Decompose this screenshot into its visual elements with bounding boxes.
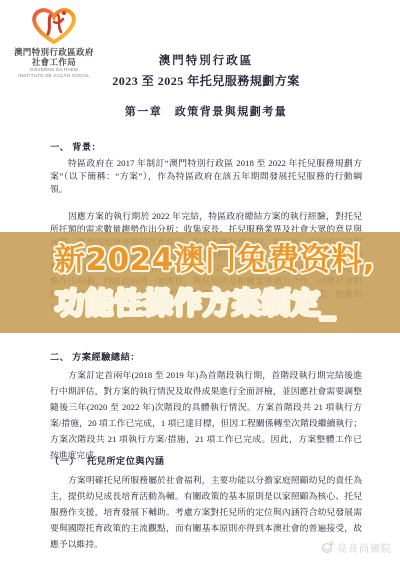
paragraph-3: 方案訂定首兩年(2018 至 2019 年)為首階段執行期，首階段執行期完結後進…	[50, 367, 362, 463]
paragraph-line: 案”（以下簡稱：“方案”），作為特區政府在該五年期間發展托兒服務的行動綱	[50, 170, 362, 183]
document-title-line1: 澳門特別行政區	[50, 52, 362, 68]
paragraph-line: 案/措施，20 項工作已完成，1 項已達目標，但因工程關係轉至次階段繼續執行；	[50, 415, 362, 431]
paragraph-line: 要與國際托育政策的主流觀點，而有關基本原則亦得到本澳社會的普遍接受，故	[50, 520, 362, 536]
heart-logo-icon	[28, 6, 80, 46]
watermark-text-line2: 功能性操作方案制定_	[55, 281, 336, 322]
paragraph-line: 因應方案的執行期於 2022 年完結，特區政府總結方案的執行經驗，對托兒	[50, 210, 362, 223]
watermark-handle-text: 亮音尚颁院	[337, 540, 392, 555]
paragraph-line: 特區政府在 2017 年制訂“澳門特別行政區 2018 至 2022 年托兒服務…	[50, 157, 362, 170]
paragraph-1: 特區政府在 2017 年制訂“澳門特別行政區 2018 至 2022 年托兒服務…	[50, 157, 362, 196]
paragraph-line: 方案次階段共 21 項執行方案/措施，21 項工作已完成。因此，方案整體工作已	[50, 431, 362, 447]
paragraph-line: 方案訂定首兩年(2018 至 2019 年)為首階段執行期，首階段執行期完結後進	[50, 367, 362, 383]
paragraph-4: 方案明確托兒所服務屬於社會福利，主要功能以分擔家庭照顧幼兒的責任為 主，提供幼兒…	[50, 472, 362, 552]
document-page: 澳門特別行政區政府 社會工作局 GOVERNO DA RAEM INSTITUT…	[0, 0, 400, 561]
document-title-line2: 2023 至 2025 年托兒服務規劃方案	[50, 72, 362, 89]
paragraph-line: 應予以維持。	[50, 536, 362, 552]
chapter-heading: 第一章 政策背景與規劃考量	[50, 103, 362, 119]
paragraph-line: 主，提供幼兒成長培育活動為輔。有關政策的基本原則是以家照顧為核心、托兒	[50, 488, 362, 504]
paragraph-line: 方案明確托兒所服務屬於社會福利，主要功能以分擔家庭照顧幼兒的責任為	[50, 472, 362, 488]
document-title-block: 澳門特別行政區 2023 至 2025 年托兒服務規劃方案	[50, 52, 362, 89]
section-2-heading: 二、 方案經驗總結：	[50, 349, 362, 363]
watermark-text-line1: 新2024澳门兔费资料,	[54, 234, 375, 279]
paragraph-line: 行中期評估，對方案的執行情況及取得成果進行全面評檢，並因應社會需要調整	[50, 383, 362, 399]
section-1-heading: 一、 背景：	[50, 139, 362, 153]
paragraph-line: 服務作支援，培育發展下輔助。考慮方案對托兒所的定位與內涵符合幼兒發展需	[50, 504, 362, 520]
source-watermark: 亮音尚颁院	[321, 540, 392, 555]
watermark-logo-icon	[321, 541, 334, 554]
section-3-heading: （一） 托兒所定位與內涵	[50, 453, 362, 467]
paragraph-line: 隨後三年(2020 至 2022 年)次階段的具體執行情況。方案首階段共 21 …	[50, 399, 362, 415]
paragraph-line: 領。	[50, 183, 362, 196]
